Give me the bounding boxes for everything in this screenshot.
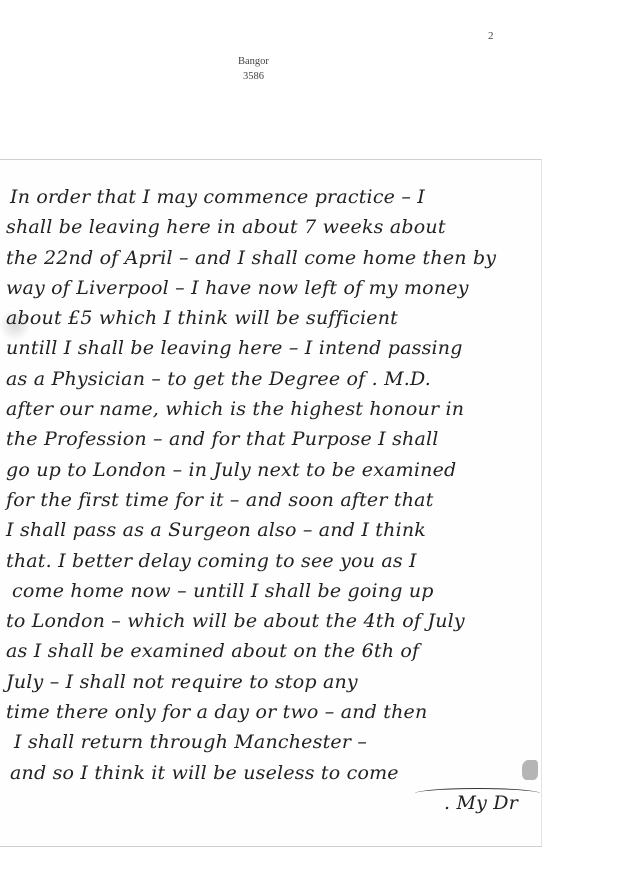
letter-line: and so I think it will be useless to com… [6,758,546,788]
handwritten-text: In order that I may commence practice – … [6,182,546,818]
collection-name: Bangor [238,54,269,69]
letter-line: as a Physician – to get the Degree of . … [6,364,546,394]
letter-line: to London – which will be about the 4th … [6,606,546,636]
letter-line: for the first time for it – and soon aft… [6,485,546,515]
scanned-letter-page: In order that I may commence practice – … [0,159,542,847]
letter-line: come home now – untill I shall be going … [6,576,546,606]
archive-label: Bangor 3586 [238,54,269,84]
letter-line: as I shall be examined about on the 6th … [6,636,546,666]
letter-line: after our name, which is the highest hon… [6,394,546,424]
letter-line: shall be leaving here in about 7 weeks a… [6,212,546,242]
letter-line: untill I shall be leaving here – I inten… [6,333,546,363]
letter-line: go up to London – in July next to be exa… [6,455,546,485]
letter-line: that. I better delay coming to see you a… [6,546,546,576]
letter-line: about £5 which I think will be sufficien… [6,303,546,333]
page-number: 2 [488,30,494,42]
reference-number: 3586 [238,69,269,84]
letter-line: time there only for a day or two – and t… [6,697,546,727]
letter-line: I shall return through Manchester – [6,727,546,757]
letter-line: I shall pass as a Surgeon also – and I t… [6,515,546,545]
letter-line: July – I shall not require to stop any [6,667,546,697]
letter-line: In order that I may commence practice – … [6,182,546,212]
letter-line: the Profession – and for that Purpose I … [6,424,546,454]
letter-line: the 22nd of April – and I shall come hom… [6,243,546,273]
letter-line: way of Liverpool – I have now left of my… [6,273,546,303]
letter-catchword: . My Dr [6,788,546,818]
